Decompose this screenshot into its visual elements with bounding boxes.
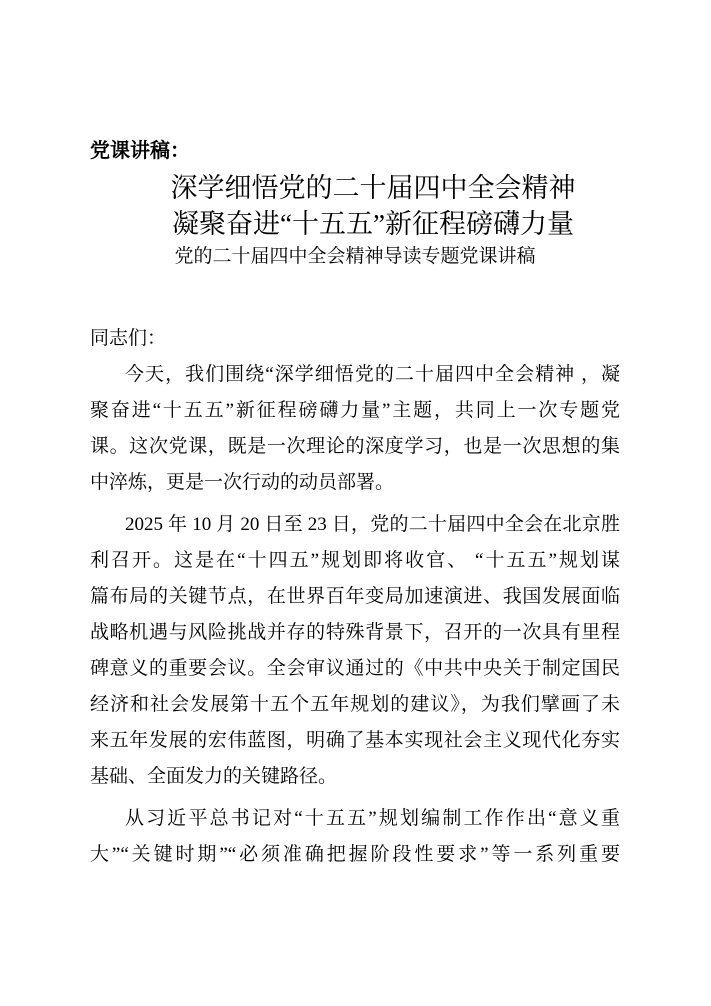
paragraph-1: 今天，我们围绕“深学细悟党的二十届四中全会精神 ，凝 聚奋进“十五五”新征程磅礴… xyxy=(90,357,620,501)
salutation: 同志们： xyxy=(90,321,620,357)
text-line: 今天，我们围绕“深学细悟党的二十届四中全会精神 ，凝 xyxy=(90,357,620,393)
document-body: 同志们： 今天，我们围绕“深学细悟党的二十届四中全会精神 ，凝 聚奋进“十五五”… xyxy=(90,321,620,873)
text-line: 篇布局的关键节点，在世界百年变局加速演进、我国发展面临 xyxy=(90,579,620,615)
text-line: 碑意义的重要会议。全会审议通过的《中共中央关于制定国民 xyxy=(90,651,620,687)
paragraph-2: 2025 年 10 月 20 日至 23 日，党的二十届四中全会在北京胜 利召开… xyxy=(90,507,620,795)
text-line: 聚奋进“十五五”新征程磅礴力量”主题，共同上一次专题党 xyxy=(90,393,620,429)
text-line: 来五年发展的宏伟蓝图，明确了基本实现社会主义现代化夯实 xyxy=(90,723,620,759)
text-line: 基础、全面发力的关键路径。 xyxy=(90,759,620,795)
text-line: 利召开。这是在“十四五”规划即将收官、 “十五五”规划谋 xyxy=(90,543,620,579)
text-line: 从习近平总书记对“十五五”规划编制工作作出“意义重 xyxy=(90,801,620,837)
title-block: 深学细悟党的二十届四中全会精神 凝聚奋进“十五五”新征程磅礴力量 党的二十届四中… xyxy=(90,170,620,272)
title-line-2: 凝聚奋进“十五五”新征程磅礴力量 xyxy=(90,206,620,242)
document-page: 党课讲稿： 深学细悟党的二十届四中全会精神 凝聚奋进“十五五”新征程磅礴力量 党… xyxy=(0,0,711,1006)
text-line: 经济和社会发展第十五个五年规划的建议》，为我们擘画了未 xyxy=(90,687,620,723)
title-line-1: 深学细悟党的二十届四中全会精神 xyxy=(90,170,620,206)
document-content: 党课讲稿： 深学细悟党的二十届四中全会精神 凝聚奋进“十五五”新征程磅礴力量 党… xyxy=(90,138,620,873)
document-subtitle: 党的二十届四中全会精神导读专题党课讲稿 xyxy=(90,242,620,272)
text-line: 课。这次党课，既是一次理论的深度学习，也是一次思想的集 xyxy=(90,429,620,465)
doc-type-label: 党课讲稿： xyxy=(90,138,620,164)
text-line: 中淬炼，更是一次行动的动员部署。 xyxy=(90,465,620,501)
text-line: 大”“关键时期”“必须准确把握阶段性要求”等一系列重要 xyxy=(90,837,620,873)
text-line: 2025 年 10 月 20 日至 23 日，党的二十届四中全会在北京胜 xyxy=(90,507,620,543)
text-line: 战略机遇与风险挑战并存的特殊背景下，召开的一次具有里程 xyxy=(90,615,620,651)
paragraph-3: 从习近平总书记对“十五五”规划编制工作作出“意义重 大”“关键时期”“必须准确把… xyxy=(90,801,620,873)
